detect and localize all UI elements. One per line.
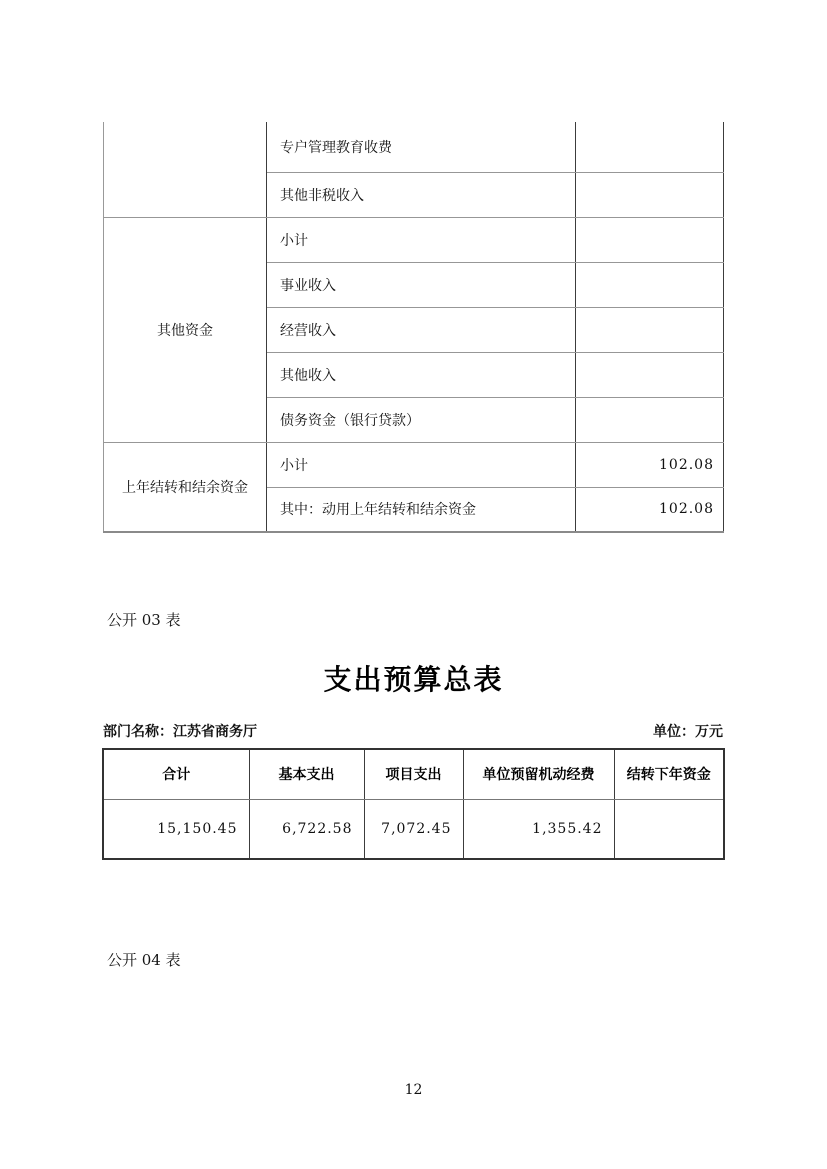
table-row: 专户管理教育收费 xyxy=(104,122,724,172)
row-label-cell: 小计 xyxy=(267,217,576,262)
section-label-04: 公开 04 表 xyxy=(107,949,181,970)
table-meta-row: 部门名称：江苏省商务厅 单位：万元 xyxy=(103,721,723,741)
document-page: 专户管理教育收费 其他非税收入 其他资金 小计 事业收入 经营收入 其他 xyxy=(0,0,827,1169)
group-label-cell: 上年结转和结余资金 xyxy=(104,442,267,532)
row-value-cell xyxy=(576,307,724,352)
page-title: 支出预算总表 xyxy=(0,658,827,698)
unit-label: 单位：万元 xyxy=(653,721,723,741)
value-cell: 6,722.58 xyxy=(249,799,364,859)
row-value-cell xyxy=(576,122,724,172)
header-cell: 基本支出 xyxy=(249,749,364,799)
row-value-cell xyxy=(576,217,724,262)
row-label-cell: 事业收入 xyxy=(267,262,576,307)
row-value-cell xyxy=(576,262,724,307)
header-cell: 合计 xyxy=(103,749,249,799)
row-value-cell xyxy=(576,397,724,442)
table-row: 上年结转和结余资金 小计 102.08 xyxy=(104,442,724,487)
expenditure-table: 合计 基本支出 项目支出 单位预留机动经费 结转下年资金 15,150.45 6… xyxy=(102,748,725,860)
value-cell xyxy=(614,799,724,859)
value-cell: 1,355.42 xyxy=(463,799,614,859)
row-value-cell xyxy=(576,172,724,217)
header-cell: 结转下年资金 xyxy=(614,749,724,799)
value-cell: 15,150.45 xyxy=(103,799,249,859)
income-table: 专户管理教育收费 其他非税收入 其他资金 小计 事业收入 经营收入 其他 xyxy=(103,122,724,533)
group-label-cell xyxy=(104,122,267,217)
section-label-03: 公开 03 表 xyxy=(107,609,181,630)
row-label-cell: 其中：动用上年结转和结余资金 xyxy=(267,487,576,532)
page-number: 12 xyxy=(0,1082,827,1098)
table-row: 其他资金 小计 xyxy=(104,217,724,262)
group-label-cell: 其他资金 xyxy=(104,217,267,442)
header-cell: 单位预留机动经费 xyxy=(463,749,614,799)
row-value-cell xyxy=(576,352,724,397)
row-label-cell: 其他收入 xyxy=(267,352,576,397)
table-header-row: 合计 基本支出 项目支出 单位预留机动经费 结转下年资金 xyxy=(103,749,724,799)
value-cell: 7,072.45 xyxy=(364,799,463,859)
department-name: 部门名称：江苏省商务厅 xyxy=(103,721,257,741)
header-cell: 项目支出 xyxy=(364,749,463,799)
row-label-cell: 小计 xyxy=(267,442,576,487)
row-label-cell: 经营收入 xyxy=(267,307,576,352)
row-label-cell: 债务资金（银行贷款） xyxy=(267,397,576,442)
row-value-cell: 102.08 xyxy=(576,487,724,532)
row-value-cell: 102.08 xyxy=(576,442,724,487)
row-label-cell: 专户管理教育收费 xyxy=(267,122,576,172)
table-value-row: 15,150.45 6,722.58 7,072.45 1,355.42 xyxy=(103,799,724,859)
row-label-cell: 其他非税收入 xyxy=(267,172,576,217)
